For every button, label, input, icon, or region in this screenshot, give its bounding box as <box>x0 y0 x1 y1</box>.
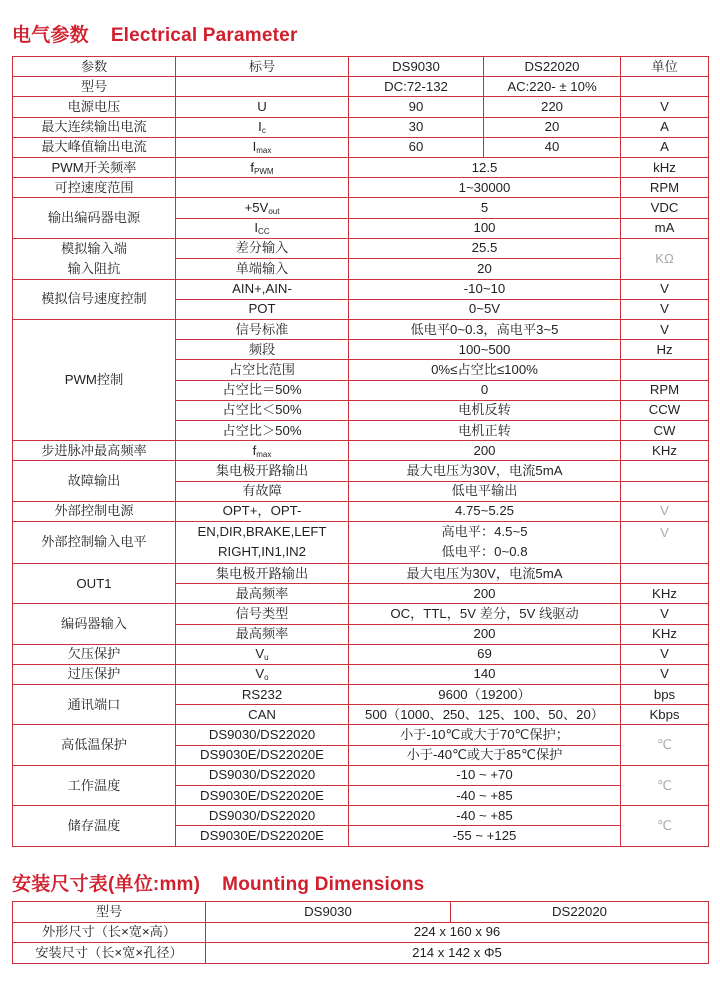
title-en: Electrical Parameter <box>111 25 298 46</box>
value-cell: 高电平：4.5~5低电平：0~0.8 <box>349 521 621 563</box>
table-row: 工作温度 DS9030/DS22020 -10 ~ +70 ℃ <box>13 765 709 785</box>
param-cell: PWM控制 <box>13 320 176 441</box>
unit-cell: A <box>621 137 709 157</box>
table-row: 安装尺寸（长×宽×孔径） 214 x 142 x Φ5 <box>13 943 709 964</box>
header-model-b: DS22020 <box>484 57 621 77</box>
symbol-cell: +5Vout <box>176 198 349 218</box>
unit-cell <box>621 461 709 481</box>
unit-cell: KHz <box>621 584 709 604</box>
symbol-cell: DS9030E/DS22020E <box>176 786 349 806</box>
value-cell: 140 <box>349 664 621 684</box>
value-cell: 100 <box>349 218 621 238</box>
electrical-parameter-table: 参数 标号 DS9030 DS22020 单位 型号 DC:72-132 AC:… <box>12 56 709 847</box>
symbol-subscript: u <box>264 653 268 662</box>
value-cell: 224 x 160 x 96 <box>206 922 709 943</box>
param-cell: 模拟信号速度控制 <box>13 279 176 319</box>
value-cell: 20 <box>349 259 621 280</box>
unit-cell: KΩ <box>621 238 709 279</box>
title-cn: 电气参数 <box>12 25 89 46</box>
unit-cell: V <box>621 279 709 299</box>
param-cell: 故障输出 <box>13 461 176 501</box>
unit-cell: V <box>621 501 709 521</box>
unit-cell: A <box>621 117 709 137</box>
symbol-text: V <box>255 666 264 681</box>
section-title-mounting: 安装尺寸表(单位:mm)Mounting Dimensions <box>12 869 424 896</box>
value-cell: 4.75~5.25 <box>349 501 621 521</box>
symbol-cell: DS9030E/DS22020E <box>176 745 349 765</box>
table-row: 过压保护 Vo 140 V <box>13 664 709 684</box>
header-symbol: 标号 <box>176 57 349 77</box>
symbol-cell: CAN <box>176 705 349 725</box>
header-model: 型号 <box>13 902 206 923</box>
unit-cell: VDC <box>621 198 709 218</box>
symbol-cell: 占空比＜50% <box>176 400 349 420</box>
table-row: 储存温度 DS9030/DS22020 -40 ~ +85 ℃ <box>13 806 709 826</box>
symbol-cell: U <box>176 97 349 117</box>
table-row: 输出编码器电源 +5Vout 5 VDC <box>13 198 709 218</box>
symbol-cell: 信号标准 <box>176 320 349 340</box>
table-row: 高低温保护 DS9030/DS22020 小于-10℃或大于70℃保护； ℃ <box>13 725 709 745</box>
symbol-subscript: o <box>264 673 268 682</box>
value-cell: 69 <box>349 644 621 664</box>
table-row: 通讯端口 RS232 9600（19200） bps <box>13 685 709 705</box>
symbol-text: +5V <box>245 200 269 215</box>
symbol-subscript: PWM <box>254 167 274 176</box>
symbol-subscript: CC <box>258 227 270 236</box>
symbol-cell: DS9030/DS22020 <box>176 806 349 826</box>
symbol-cell: 有故障 <box>176 481 349 501</box>
value-cell: 25.5 <box>349 238 621 259</box>
title-en: Mounting Dimensions <box>222 874 424 895</box>
value-cell: 12.5 <box>349 157 621 177</box>
unit-cell: CW <box>621 421 709 441</box>
param-cell: 电源电压 <box>13 97 176 117</box>
symbol-cell: 占空比＞50% <box>176 421 349 441</box>
param-cell: 高低温保护 <box>13 725 176 765</box>
param-cell: 可控速度范围 <box>13 178 176 198</box>
param-cell: 安装尺寸（长×宽×孔径） <box>13 943 206 964</box>
unit-cell: V <box>621 320 709 340</box>
value-cell: -10~10 <box>349 279 621 299</box>
param-cell: 型号 <box>13 77 176 97</box>
value-cell: 最大电压为30V，电流5mA <box>349 563 621 583</box>
value-cell: 214 x 142 x Φ5 <box>206 943 709 964</box>
value-cell: 200 <box>349 624 621 644</box>
param-cell: 模拟输入端输入阻抗 <box>13 238 176 279</box>
table-row: 模拟信号速度控制 AIN+,AIN- -10~10 V <box>13 279 709 299</box>
table-row: 编码器输入 信号类型 OC，TTL，5V 差分，5V 线驱动 V <box>13 604 709 624</box>
value-cell: 1~30000 <box>349 178 621 198</box>
param-cell: 工作温度 <box>13 765 176 805</box>
symbol-cell: POT <box>176 299 349 319</box>
symbol-cell: 占空比范围 <box>176 360 349 380</box>
unit-cell: V <box>621 97 709 117</box>
symbol-cell: 差分输入 <box>176 238 349 259</box>
value-b-cell: 220 <box>484 97 621 117</box>
table-row: 模拟输入端输入阻抗 差分输入 25.5 KΩ <box>13 238 709 259</box>
unit-cell: RPM <box>621 380 709 400</box>
value-line: 低电平：0~0.8 <box>441 544 527 559</box>
symbol-cell <box>176 77 349 97</box>
table-row: 故障输出 集电极开路输出 最大电压为30V，电流5mA <box>13 461 709 481</box>
unit-cell: ℃ <box>621 765 709 805</box>
value-line: 高电平：4.5~5 <box>441 524 527 539</box>
param-cell: 过压保护 <box>13 664 176 684</box>
unit-cell: RPM <box>621 178 709 198</box>
table-row: 欠压保护 Vu 69 V <box>13 644 709 664</box>
value-a-cell: 90 <box>349 97 484 117</box>
unit-cell: ℃ <box>621 725 709 765</box>
symbol-subscript: c <box>262 126 266 135</box>
section-title-electrical: 电气参数Electrical Parameter <box>12 20 298 47</box>
table-row: 型号 DC:72-132 AC:220- ± 10% <box>13 77 709 97</box>
value-a-cell: 30 <box>349 117 484 137</box>
unit-cell: bps <box>621 685 709 705</box>
table-row: 步进脉冲最高频率 fmax 200 KHz <box>13 441 709 461</box>
symbol-cell: ICC <box>176 218 349 238</box>
table-row: 电源电压 U 90 220 V <box>13 97 709 117</box>
symbol-text: V <box>255 646 264 661</box>
symbol-cell: RS232 <box>176 685 349 705</box>
symbol-cell: DS9030/DS22020 <box>176 725 349 745</box>
value-cell: 电机正转 <box>349 421 621 441</box>
symbol-line: EN,DIR,BRAKE,LEFT <box>198 524 327 539</box>
header-param: 参数 <box>13 57 176 77</box>
param-cell: OUT1 <box>13 563 176 603</box>
table-row: 最大连续输出电流 Ic 30 20 A <box>13 117 709 137</box>
table-row: PWM控制 信号标准 低电平0~0.3，高电平3~5 V <box>13 320 709 340</box>
unit-cell: KHz <box>621 441 709 461</box>
value-a-cell: DC:72-132 <box>349 77 484 97</box>
symbol-cell <box>176 178 349 198</box>
symbol-cell: fmax <box>176 441 349 461</box>
value-cell: 5 <box>349 198 621 218</box>
value-cell: 100~500 <box>349 340 621 360</box>
value-cell: 0~5V <box>349 299 621 319</box>
symbol-line: RIGHT,IN1,IN2 <box>218 544 306 559</box>
param-cell: 步进脉冲最高频率 <box>13 441 176 461</box>
header-model-b: DS22020 <box>451 902 709 923</box>
symbol-cell: 频段 <box>176 340 349 360</box>
value-cell: -40 ~ +85 <box>349 806 621 826</box>
header-model-a: DS9030 <box>349 57 484 77</box>
param-cell: 编码器输入 <box>13 604 176 644</box>
header-unit: 单位 <box>621 57 709 77</box>
table-row: 外部控制电源 OPT+，OPT- 4.75~5.25 V <box>13 501 709 521</box>
symbol-cell: EN,DIR,BRAKE,LEFTRIGHT,IN1,IN2 <box>176 521 349 563</box>
table-row: OUT1 集电极开路输出 最大电压为30V，电流5mA <box>13 563 709 583</box>
symbol-cell: DS9030E/DS22020E <box>176 826 349 846</box>
symbol-cell: 信号类型 <box>176 604 349 624</box>
symbol-cell: Vo <box>176 664 349 684</box>
value-cell: 低电平输出 <box>349 481 621 501</box>
unit-cell: Hz <box>621 340 709 360</box>
value-cell: 小于-40℃或大于85℃保护 <box>349 745 621 765</box>
unit-cell: CCW <box>621 400 709 420</box>
symbol-cell: 集电极开路输出 <box>176 563 349 583</box>
symbol-cell: AIN+,AIN- <box>176 279 349 299</box>
param-line: 输入阻抗 <box>68 261 121 276</box>
param-cell: 最大峰值输出电流 <box>13 137 176 157</box>
value-cell: 最大电压为30V，电流5mA <box>349 461 621 481</box>
symbol-cell: Ic <box>176 117 349 137</box>
symbol-cell: Vu <box>176 644 349 664</box>
value-cell: 0%≤占空比≤100% <box>349 360 621 380</box>
table-row: PWM开关频率 fPWM 12.5 kHz <box>13 157 709 177</box>
table-header-row: 参数 标号 DS9030 DS22020 单位 <box>13 57 709 77</box>
table-row: 外形尺寸（长×宽×高） 224 x 160 x 96 <box>13 922 709 943</box>
symbol-cell: fPWM <box>176 157 349 177</box>
param-cell: 外部控制输入电平 <box>13 521 176 563</box>
unit-cell: ℃ <box>621 806 709 846</box>
symbol-subscript: max <box>256 450 271 459</box>
param-cell: 通讯端口 <box>13 685 176 725</box>
value-cell: OC，TTL，5V 差分，5V 线驱动 <box>349 604 621 624</box>
value-b-cell: AC:220- ± 10% <box>484 77 621 97</box>
value-a-cell: 60 <box>349 137 484 157</box>
param-cell: 外形尺寸（长×宽×高） <box>13 922 206 943</box>
value-cell: 0 <box>349 380 621 400</box>
symbol-subscript: max <box>256 146 271 155</box>
value-b-cell: 20 <box>484 117 621 137</box>
value-cell: 小于-10℃或大于70℃保护； <box>349 725 621 745</box>
value-cell: -40 ~ +85 <box>349 786 621 806</box>
param-cell: 最大连续输出电流 <box>13 117 176 137</box>
table-row: 外部控制输入电平 EN,DIR,BRAKE,LEFTRIGHT,IN1,IN2 … <box>13 521 709 563</box>
symbol-cell: OPT+，OPT- <box>176 501 349 521</box>
mounting-dimensions-table: 型号 DS9030 DS22020 外形尺寸（长×宽×高） 224 x 160 … <box>12 901 709 964</box>
table-header-row: 型号 DS9030 DS22020 <box>13 902 709 923</box>
unit-cell: V <box>621 299 709 319</box>
title-cn: 安装尺寸表(单位:mm) <box>12 874 200 895</box>
unit-cell <box>621 563 709 583</box>
unit-cell: V <box>621 644 709 664</box>
value-cell: 200 <box>349 584 621 604</box>
param-cell: 欠压保护 <box>13 644 176 664</box>
param-cell: 储存温度 <box>13 806 176 846</box>
header-model-a: DS9030 <box>206 902 451 923</box>
symbol-cell: 单端输入 <box>176 259 349 280</box>
unit-cell <box>621 481 709 501</box>
value-cell: 电机反转 <box>349 400 621 420</box>
value-cell: 200 <box>349 441 621 461</box>
symbol-cell: 最高频率 <box>176 624 349 644</box>
unit-cell: KHz <box>621 624 709 644</box>
symbol-cell: 最高频率 <box>176 584 349 604</box>
value-b-cell: 40 <box>484 137 621 157</box>
unit-cell: Kbps <box>621 705 709 725</box>
param-line: 模拟输入端 <box>61 241 127 256</box>
symbol-cell: DS9030/DS22020 <box>176 765 349 785</box>
value-cell: -55 ~ +125 <box>349 826 621 846</box>
symbol-cell: 占空比＝50% <box>176 380 349 400</box>
unit-cell <box>621 360 709 380</box>
symbol-cell: Imax <box>176 137 349 157</box>
unit-cell: V <box>621 664 709 684</box>
unit-cell: V <box>621 521 709 563</box>
unit-cell: mA <box>621 218 709 238</box>
value-cell: 低电平0~0.3，高电平3~5 <box>349 320 621 340</box>
value-cell: -10 ~ +70 <box>349 765 621 785</box>
symbol-cell: 集电极开路输出 <box>176 461 349 481</box>
value-cell: 9600（19200） <box>349 685 621 705</box>
param-cell: 外部控制电源 <box>13 501 176 521</box>
unit-cell: kHz <box>621 157 709 177</box>
unit-cell <box>621 77 709 97</box>
table-row: 最大峰值输出电流 Imax 60 40 A <box>13 137 709 157</box>
table-row: 可控速度范围 1~30000 RPM <box>13 178 709 198</box>
value-cell: 500（1000、250、125、100、50、20） <box>349 705 621 725</box>
param-cell: PWM开关频率 <box>13 157 176 177</box>
param-cell: 输出编码器电源 <box>13 198 176 238</box>
unit-cell: V <box>621 604 709 624</box>
symbol-subscript: out <box>268 207 279 216</box>
